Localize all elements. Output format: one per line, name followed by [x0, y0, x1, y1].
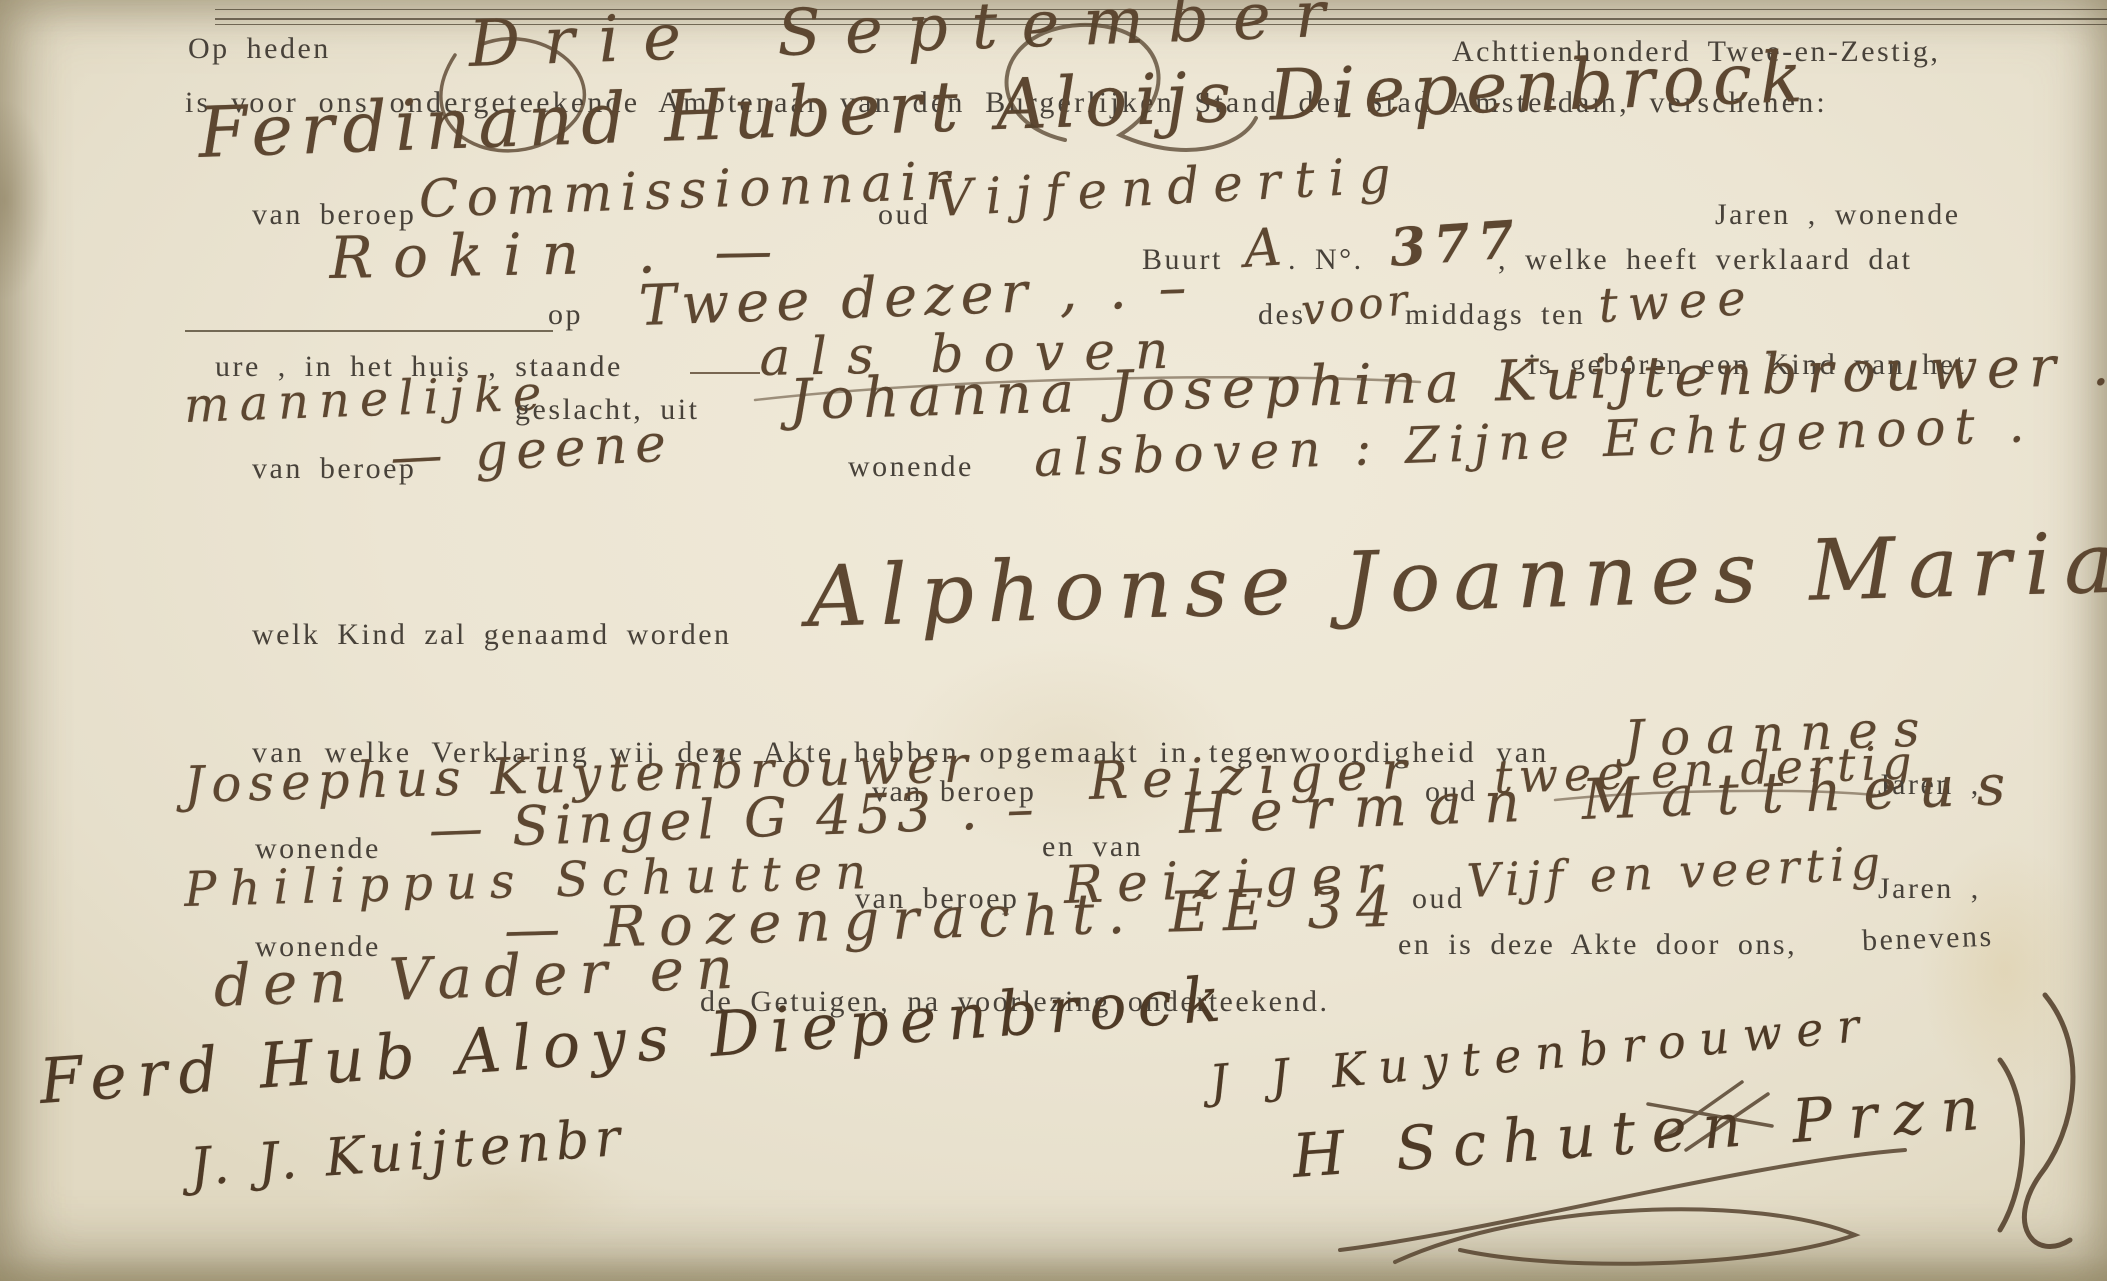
form-blank-line: [185, 330, 553, 332]
printed-akte-door-ons: en is deze Akte door ons,: [1398, 928, 1797, 962]
printed-op-heden: Op heden: [188, 32, 331, 66]
printed-jaren-2: Jaren ,: [1878, 872, 1981, 906]
hw-daypart: voor: [1299, 275, 1414, 335]
printed-oud-3: oud: [1412, 882, 1465, 916]
flourish-right-margin-paraph: [2000, 995, 2073, 1246]
pen-dash: [690, 372, 760, 374]
printed-welk-kind: welk Kind zal genaamd worden: [252, 618, 732, 652]
signature-witness-left: J. J. Kuijtenbr: [188, 1108, 628, 1198]
printed-middags-ten: middags ten: [1405, 298, 1585, 332]
paper-stain: [0, 100, 50, 300]
printed-wonende-1: wonende: [848, 450, 974, 484]
hw-witness2-age: Vijf en veertig: [1466, 836, 1888, 908]
printed-no-label: . N°.: [1288, 243, 1364, 277]
printed-oud-1: oud: [878, 198, 931, 232]
printed-benevens: benevens: [1861, 920, 1994, 959]
hw-buurt-letter: A: [1242, 218, 1284, 280]
hw-birth-hour: twee: [1597, 270, 1757, 334]
birth-record-scan: Op heden Drie September Achttienhonderd …: [0, 0, 2107, 1281]
printed-des: des: [1258, 298, 1306, 332]
hw-child-name: Alphonse Joannes Maria .: [805, 511, 2107, 646]
printed-jaren-wonende: Jaren , wonende: [1715, 198, 1961, 232]
page-bottom-edge: [0, 1255, 2107, 1281]
hw-father-age: Vijfendertig: [935, 146, 1406, 228]
printed-op: op: [548, 298, 583, 332]
